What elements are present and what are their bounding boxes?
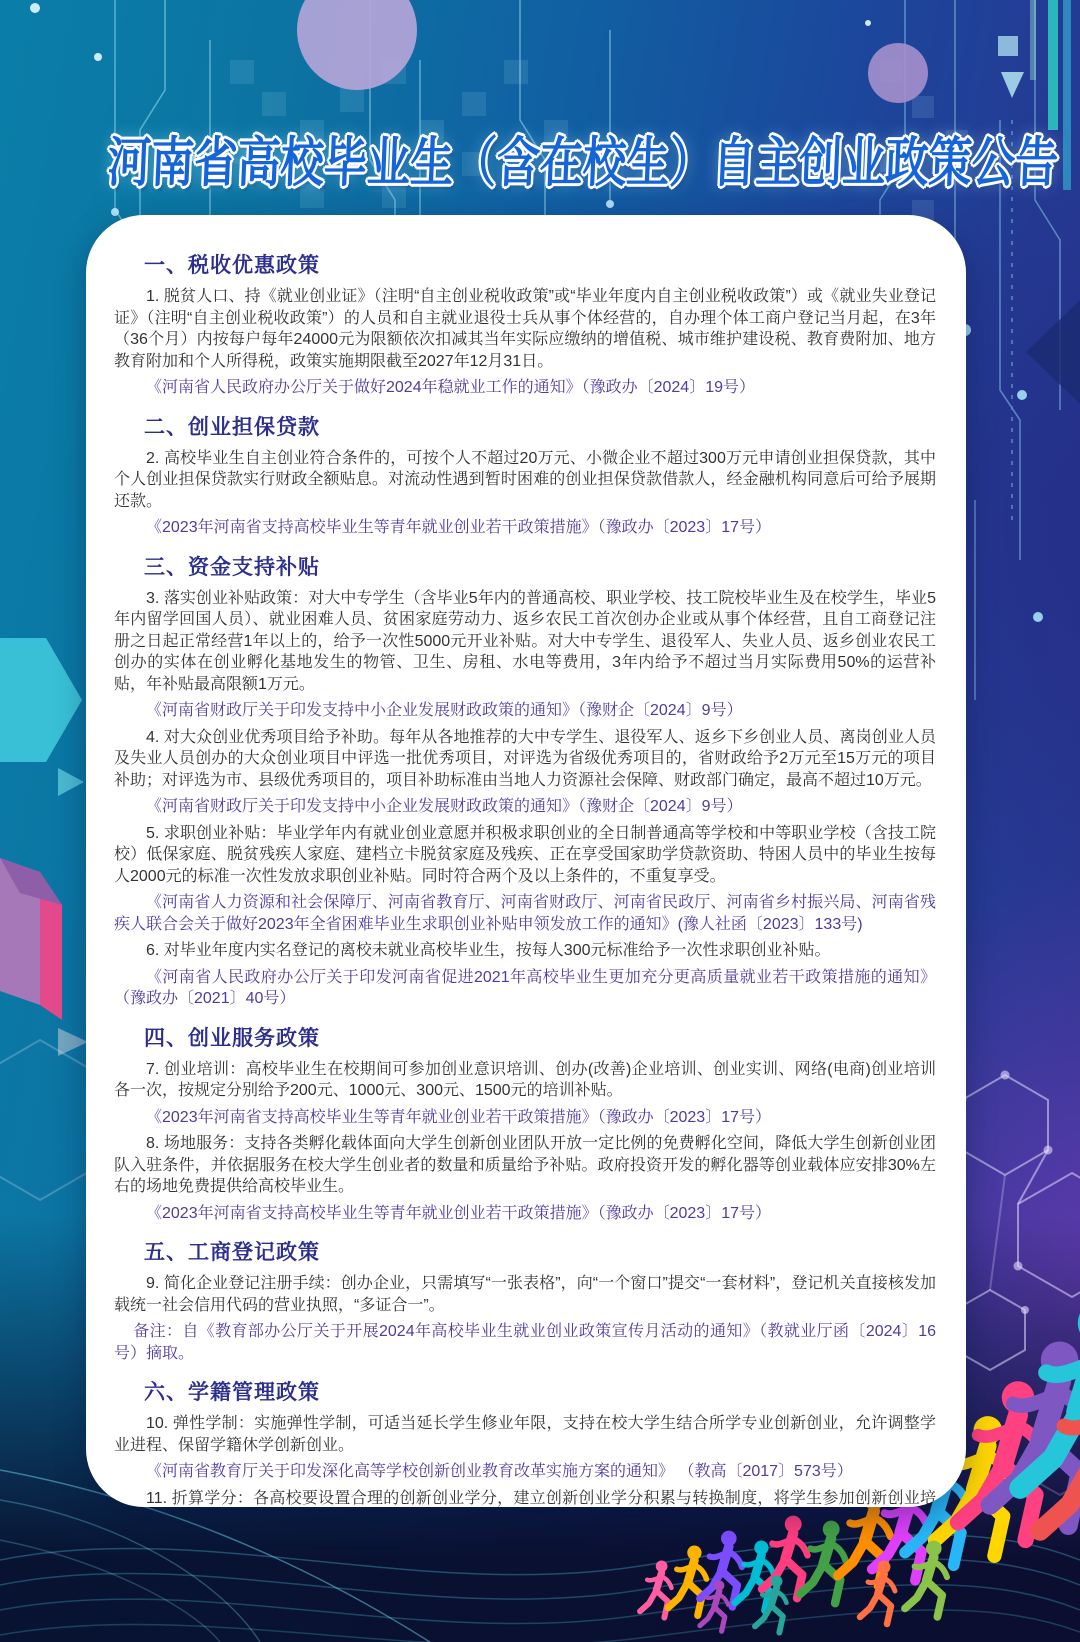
policy-citation: 《河南省财政厅关于印发支持中小企业发展财政政策的通知》（豫财企〔2024〕9号） (114, 700, 936, 722)
section-heading-subsidy: 三、资金支持补贴 (144, 551, 936, 581)
teal-triangle-small (58, 768, 84, 796)
policy-citation: 《河南省人民政府办公厅关于做好2024年稳就业工作的通知》（豫政办〔2024〕1… (114, 377, 936, 399)
policy-paragraph-10: 10. 弹性学制：实施弹性学制，可适当延长学生修业年限，支持在校大学生结合所学专… (114, 1413, 936, 1456)
lavender-circle-small (868, 43, 928, 103)
navy-diamond (1026, 300, 1080, 404)
policy-paragraph-11: 11. 折算学分：各高校要设置合理的创新创业学分，建立创新创业学分积累与转换制度… (114, 1488, 936, 1508)
policy-paragraph-1: 1. 脱贫人口、持《就业创业证》（注明“自主创业税收政策”或“毕业年度内自主创业… (114, 286, 936, 372)
section-heading-service: 四、创业服务政策 (144, 1022, 936, 1052)
policy-card: 一、税收优惠政策 1. 脱贫人口、持《就业创业证》（注明“自主创业税收政策”或“… (86, 215, 966, 1507)
gray-triangle-small (58, 1028, 88, 1056)
policy-citation: 《河南省人力资源和社会保障厅、河南省教育厅、河南省财政厅、河南省民政厅、河南省乡… (114, 892, 936, 935)
policy-citation: 《2023年河南省支持高校毕业生等青年就业创业若干政策措施》（豫政办〔2023〕… (114, 1203, 936, 1225)
cyan-square (998, 36, 1018, 56)
policy-citation: 《河南省教育厅关于印发深化高等学校创新创业教育改革实施方案的通知》 （教高〔20… (114, 1461, 936, 1483)
policy-paragraph-9: 9. 简化企业登记注册手续：创办企业，只需填写“一张表格”，向“一个窗口”提交“… (114, 1273, 936, 1316)
policy-paragraph-3: 3. 落实创业补贴政策：对大中专学生（含毕业5年内的普通高校、职业学校、技工院校… (114, 588, 936, 696)
pink-cube (0, 858, 62, 1020)
policy-citation: 《2023年河南省支持高校毕业生等青年就业创业若干政策措施》（豫政办〔2023〕… (114, 1107, 936, 1129)
policy-paragraph-5: 5. 求职创业补贴：毕业学年内有就业创业意愿并积极求职创业的全日制普通高等学校和… (114, 823, 936, 888)
poster-title: 河南省高校毕业生（含在校生）自主创业政策公告 (106, 120, 973, 197)
section-heading-enrollment: 六、学籍管理政策 (144, 1376, 936, 1406)
molecule-dots (951, 1071, 1080, 1355)
cyan-triangle (1001, 72, 1024, 98)
section-heading-tax: 一、税收优惠政策 (144, 249, 936, 279)
policy-paragraph-8: 8. 场地服务：支持各类孵化载体面向大学生创新创业团队开放一定比例的免费孵化空间… (114, 1133, 936, 1198)
policy-paragraph-6: 6. 对毕业年度内实名登记的离校未就业高校毕业生，按每人300元标准给予一次性求… (114, 940, 936, 962)
policy-paragraph-7: 7. 创业培训：高校毕业生在校期间可参加创业意识培训、创办(改善)企业培训、创业… (114, 1059, 936, 1102)
policy-citation: 《河南省人民政府办公厅关于印发河南省促进2021年高校毕业生更加充分更高质量就业… (114, 967, 936, 1010)
section-heading-registration: 五、工商登记政策 (144, 1236, 936, 1266)
section-heading-loan: 二、创业担保贷款 (144, 411, 936, 441)
policy-citation: 《2023年河南省支持高校毕业生等青年就业创业若干政策措施》（豫政办〔2023〕… (114, 517, 936, 539)
teal-hexagon (0, 638, 82, 762)
policy-paragraph-2: 2. 高校毕业生自主创业符合条件的，可按个人不超过20万元、小微企业不超过300… (114, 448, 936, 513)
policy-paragraph-4: 4. 对大众创业优秀项目给予补助。每年从各地推荐的大中专学生、退役军人、返乡下乡… (114, 727, 936, 792)
policy-citation: 《河南省财政厅关于印发支持中小企业发展财政政策的通知》（豫财企〔2024〕9号） (114, 796, 936, 818)
policy-note: 备注：自《教育部办公厅关于开展2024年高校毕业生就业创业政策宣传月活动的通知》… (114, 1321, 936, 1364)
